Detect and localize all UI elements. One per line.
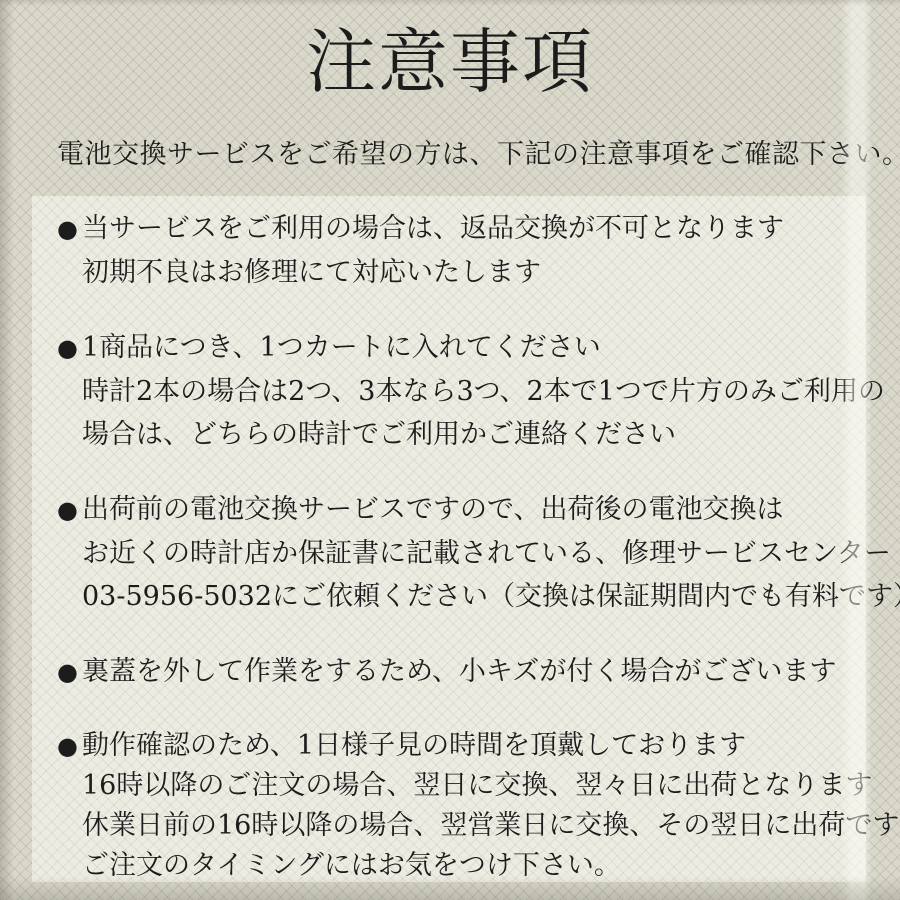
note-line: 03-5956-5032にご依頼ください（交換は保証期間内でも有料です）	[57, 575, 850, 618]
note-line-text: 1商品につき、1つカートに入れてください	[82, 332, 601, 363]
note-line: ご注文のタイミングにはお気をつけ下さい。	[57, 846, 850, 886]
note-line: 場合は、どちらの時計でご利用かご連絡ください	[57, 413, 850, 456]
bullet-icon: ●	[57, 489, 82, 532]
note-line: ●1商品につき、1つカートに入れてください	[57, 326, 850, 370]
note-line: お近くの時計店か保証書に記載されている、修理サービスセンター	[57, 532, 850, 575]
note-item-scratches: ●裏蓋を外して作業をするため、小キズが付く場合がございます	[57, 650, 850, 694]
page-title: 注意事項	[0, 24, 900, 101]
notice-image: 注意事項 電池交換サービスをご希望の方は、下記の注意事項をご確認下さい。 ●当サ…	[0, 0, 900, 900]
note-line: ●裏蓋を外して作業をするため、小キズが付く場合がございます	[57, 650, 850, 694]
note-line: ●出荷前の電池交換サービスですので、出荷後の電池交換は	[57, 488, 850, 532]
note-item-returns: ●当サービスをご利用の場合は、返品交換が不可となります 初期不良はお修理にて対応…	[57, 207, 850, 294]
intro-text: 電池交換サービスをご希望の方は、下記の注意事項をご確認下さい。	[57, 138, 900, 172]
note-line-text: 裏蓋を外して作業をするため、小キズが付く場合がございます	[82, 656, 836, 687]
note-line: 初期不良はお修理にて対応いたします	[57, 251, 850, 294]
bullet-icon: ●	[57, 208, 82, 251]
note-item-after-shipping: ●出荷前の電池交換サービスですので、出荷後の電池交換は お近くの時計店か保証書に…	[57, 488, 850, 618]
notes-panel: ●当サービスをご利用の場合は、返品交換が不可となります 初期不良はお修理にて対応…	[32, 196, 866, 882]
note-line: 休業日前の16時以降の場合、翌営業日に交換、その翌日に出荷です	[57, 806, 850, 846]
note-item-timing: ●動作確認のため、1日様子見の時間を頂戴しております 16時以降のご注文の場合、…	[57, 726, 850, 886]
bullet-icon: ●	[57, 327, 82, 370]
bullet-icon: ●	[57, 726, 82, 766]
note-item-cart: ●1商品につき、1つカートに入れてください 時計2本の場合は2つ、3本なら3つ、…	[57, 326, 850, 456]
note-line-text: 当サービスをご利用の場合は、返品交換が不可となります	[82, 213, 784, 244]
note-line-text: 動作確認のため、1日様子見の時間を頂戴しております	[82, 730, 746, 761]
note-line-text: 出荷前の電池交換サービスですので、出荷後の電池交換は	[82, 494, 783, 525]
note-line: 時計2本の場合は2つ、3本なら3つ、2本で1つで片方のみご利用の	[57, 370, 850, 413]
note-line: ●当サービスをご利用の場合は、返品交換が不可となります	[57, 207, 850, 251]
note-line: 16時以降のご注文の場合、翌日に交換、翌々日に出荷となります	[57, 766, 850, 806]
bullet-icon: ●	[57, 651, 82, 694]
note-line: ●動作確認のため、1日様子見の時間を頂戴しております	[57, 726, 850, 766]
